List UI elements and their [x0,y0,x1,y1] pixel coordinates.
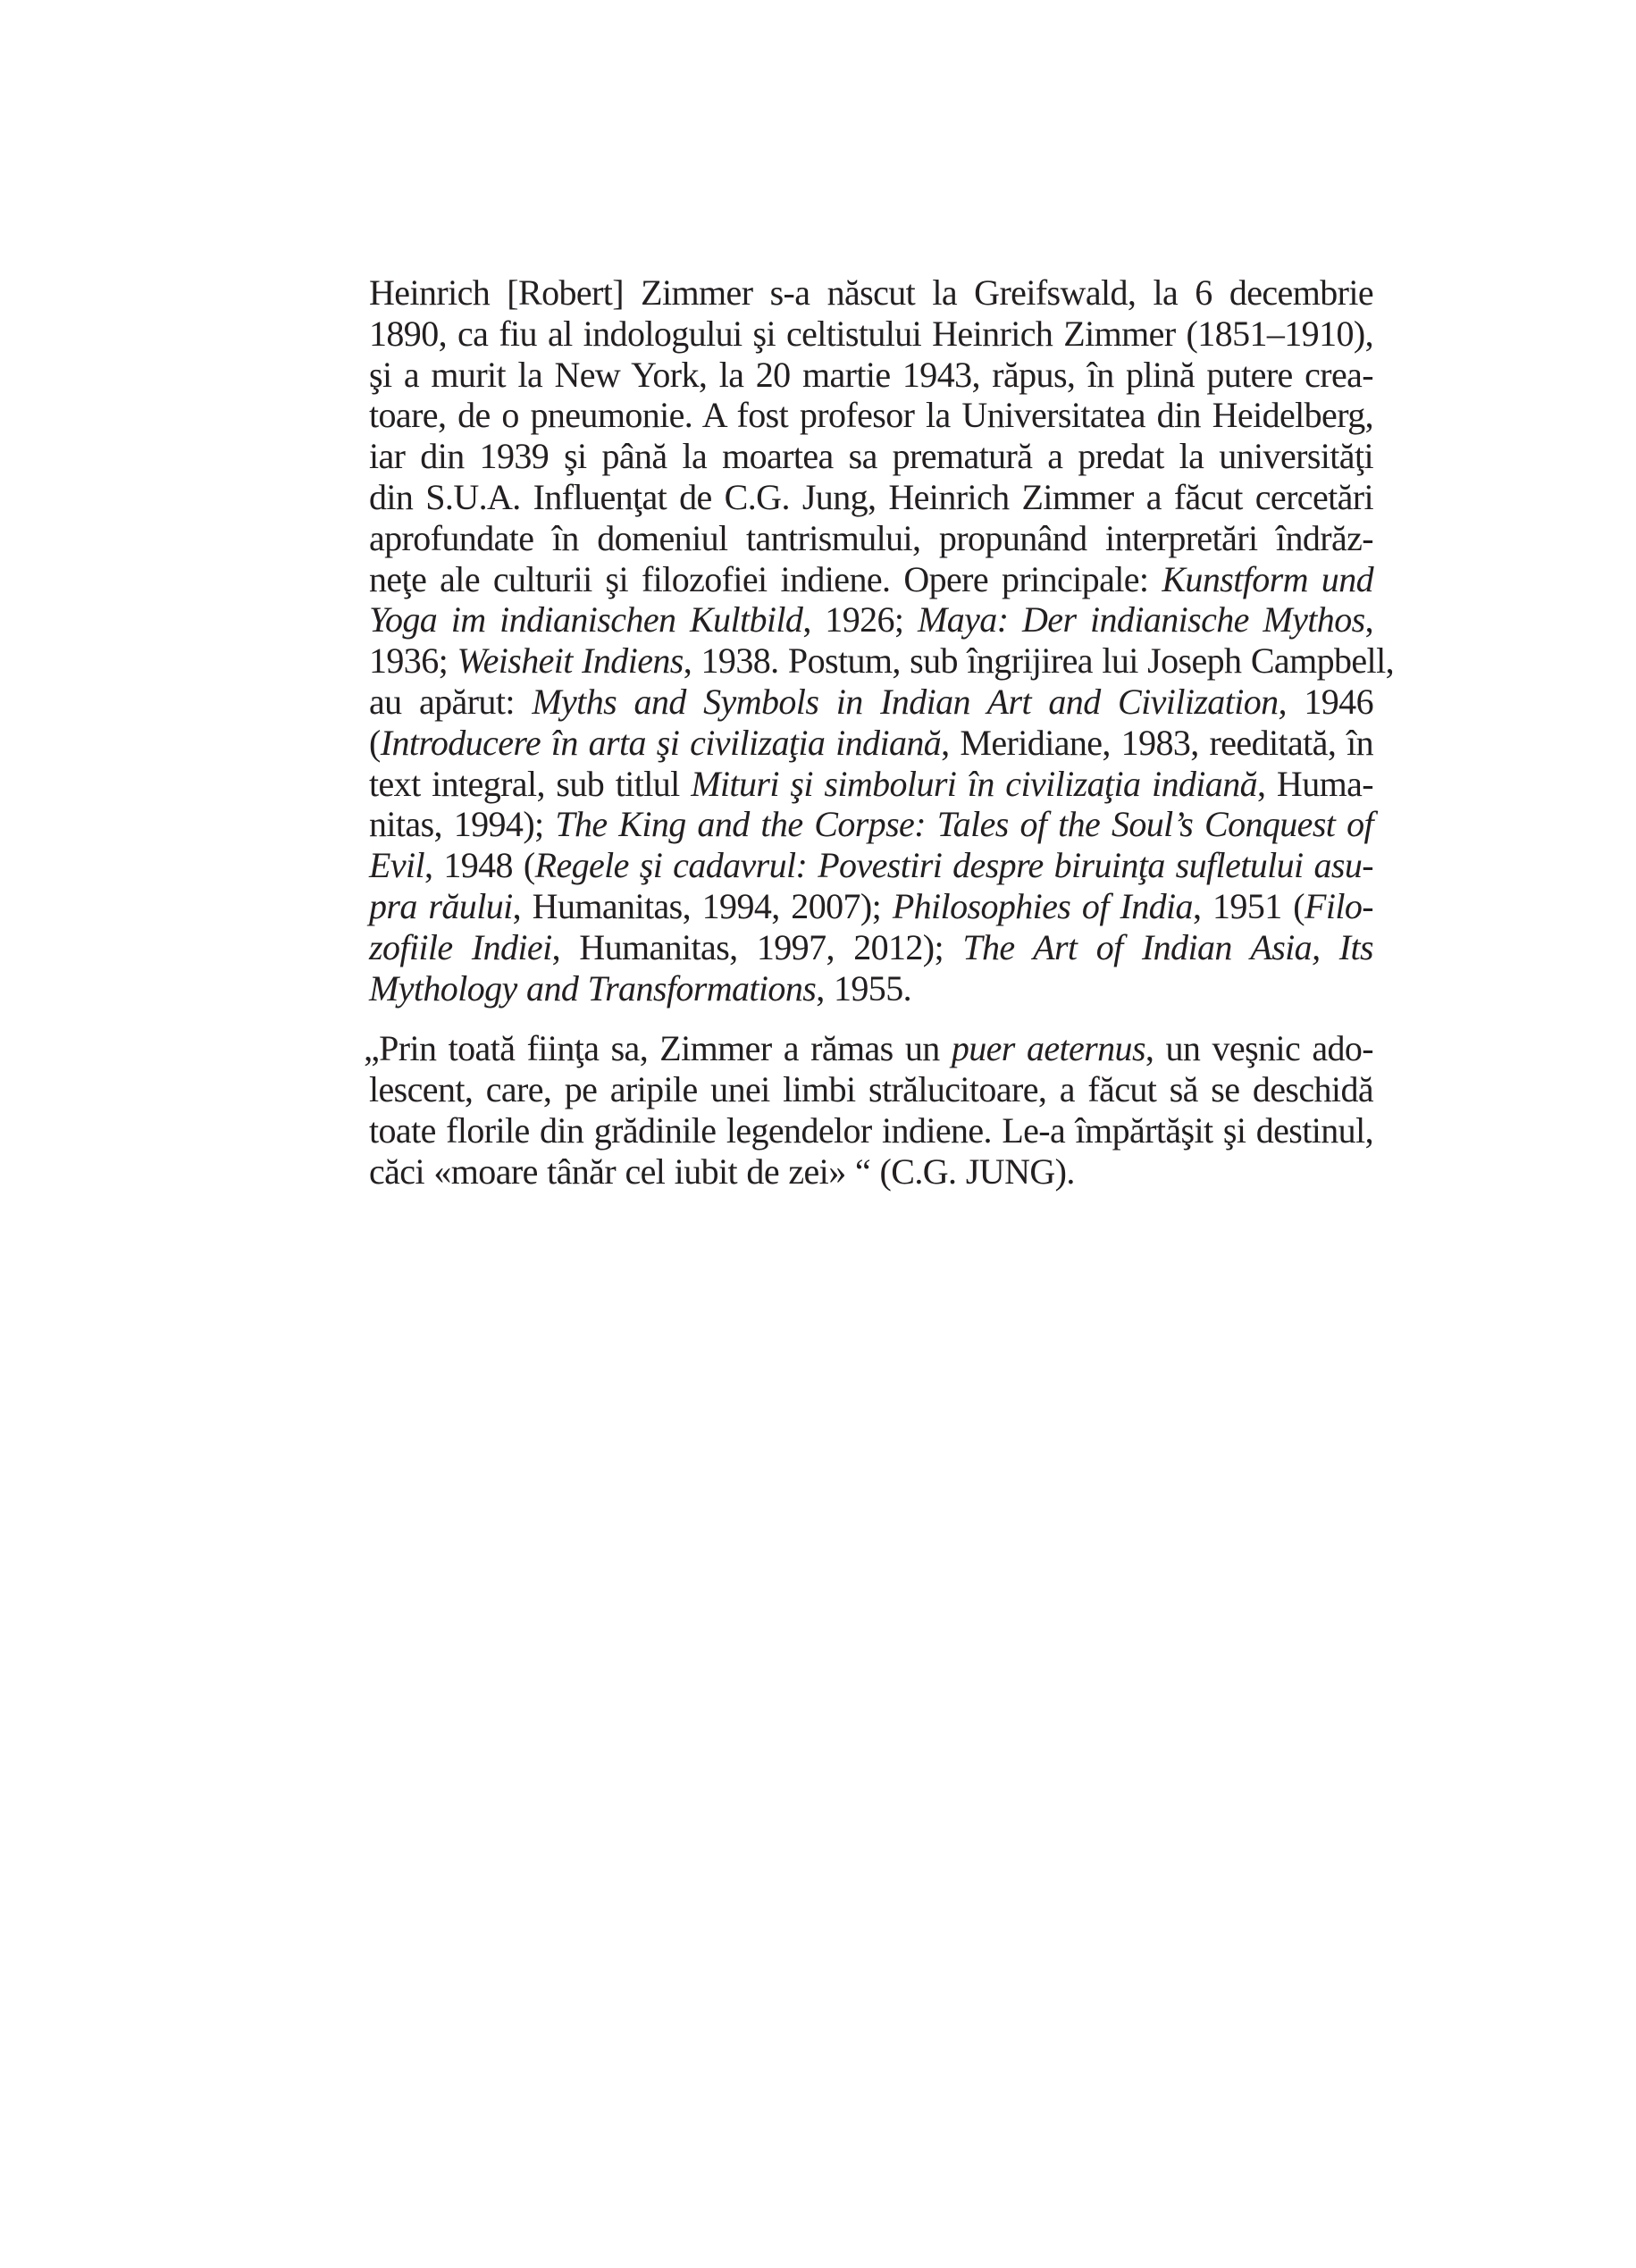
italic-title-text: The King and the Corpse: Tales of the So… [555,804,1373,844]
body-text: neţe ale culturii şi filozofiei indiene.… [369,559,1162,599]
text-line: (Introducere în arta şi civilizaţia indi… [369,723,1373,764]
body-text: toate florile din grădinile legendelor i… [369,1110,1373,1151]
italic-title-text: Mituri şi simboluri în civilizaţia india… [691,764,1257,804]
italic-title-text: The Art of Indian Asia, Its [962,927,1373,967]
biography-paragraph: Heinrich [Robert] Zimmer s-a născut la G… [369,272,1373,1008]
italic-title-text: Maya: Der indianische Mythos [918,599,1365,640]
body-text: , [1365,599,1373,640]
body-text: toare, de o pneumonie. A fost profesor l… [369,395,1373,435]
text-line: 1936; Weisheit Indiens, 1938. Postum, su… [369,640,1373,682]
body-text: aprofundate în domeniul tantrismului, pr… [369,518,1373,558]
text-line: text integral, sub titlul Mituri şi simb… [369,764,1373,805]
text-line: din S.U.A. Influenţat de C.G. Jung, Hein… [369,477,1373,518]
jung-quote-paragraph: „Prin toată fiinţa sa, Zimmer a rămas un… [369,1028,1373,1192]
text-line: pra răului, Humanitas, 1994, 2007); Phil… [369,886,1373,927]
body-text: , 1926; [802,599,918,640]
italic-title-text: Philosophies of India [893,886,1193,926]
body-text: lescent, care, pe aripile unei limbi str… [369,1069,1373,1109]
text-line: zofiile Indiei, Humanitas, 1997, 2012); … [369,927,1373,968]
text-line: Evil, 1948 (Regele şi cadavrul: Povestir… [369,845,1373,886]
italic-title-text: puer aeternus [952,1028,1145,1068]
body-text: iar din 1939 şi până la moartea sa prema… [369,436,1373,476]
italic-title-text: Introducere în arta şi civilizaţia india… [381,723,941,763]
body-text: , 1938. Postum, sub îngrijirea lui Josep… [684,640,1394,681]
body-text: ( [369,723,381,763]
body-text: , un veşnic ado- [1145,1028,1373,1068]
text-line: şi a murit la New York, la 20 martie 194… [369,355,1373,396]
text-line: toare, de o pneumonie. A fost profesor l… [369,395,1373,436]
italic-title-text: Weisheit Indiens [457,640,684,681]
text-line: nitas, 1994); The King and the Corpse: T… [369,804,1373,845]
italic-title-text: Mythology and Transformations [369,968,816,1008]
body-text: , Meridiane, 1983, reeditată, în [941,723,1373,763]
text-line: iar din 1939 şi până la moartea sa prema… [369,436,1373,477]
body-text: 1936; [369,640,457,681]
body-text: , Huma- [1257,764,1373,804]
body-text: căci «moare tânăr cel iubit de zei» “ (C… [369,1151,1075,1192]
body-text: din S.U.A. Influenţat de C.G. Jung, Hein… [369,477,1373,517]
body-text: , Humanitas, 1994, 2007); [513,886,893,926]
text-line: 1890, ca fiu al indologului şi celtistul… [369,314,1373,355]
text-line: lescent, care, pe aripile unei limbi str… [369,1069,1373,1110]
italic-title-text: Evil [369,845,424,885]
italic-title-text: Regele şi cadavrul: Povestiri despre bir… [535,845,1373,885]
body-text: 1946 [1287,682,1373,722]
body-text: nitas, 1994); [369,804,555,844]
body-text: , 1951 ( [1193,886,1305,926]
text-line: neţe ale culturii şi filozofiei indiene.… [369,559,1373,600]
body-text: Heinrich [Robert] Zimmer s-a născut la G… [369,272,1373,313]
text-line: „Prin toată fiinţa sa, Zimmer a rămas un… [364,1028,1373,1069]
italic-title-text: Yoga im indianischen Kultbild [369,599,802,640]
body-text: text integral, sub titlul [369,764,691,804]
body-text: „Prin toată fiinţa sa, Zimmer a rămas un [364,1028,952,1068]
text-line: Heinrich [Robert] Zimmer s-a născut la G… [369,272,1373,314]
body-text: 1890, ca fiu al indologului şi celtistul… [369,314,1373,354]
italic-title-text: pra răului [369,886,513,926]
text-column: Heinrich [Robert] Zimmer s-a născut la G… [369,272,1373,1193]
text-line: căci «moare tânăr cel iubit de zei» “ (C… [369,1151,1373,1193]
text-line: au apărut: Myths and Symbols in Indian A… [369,682,1373,723]
text-line: Yoga im indianischen Kultbild, 1926; May… [369,599,1373,640]
italic-title-text: Myths and Symbols in Indian Art and Civi… [532,682,1287,722]
text-line: Mythology and Transformations, 1955. [369,968,1373,1009]
text-line: toate florile din grădinile legendelor i… [369,1110,1373,1151]
body-text: au apărut: [369,682,532,722]
book-page: Heinrich [Robert] Zimmer s-a născut la G… [0,0,1636,2268]
text-line: aprofundate în domeniul tantrismului, pr… [369,518,1373,559]
body-text: şi a murit la New York, la 20 martie 194… [369,355,1373,395]
italic-title-text: zofiile Indiei [369,927,552,967]
body-text: , 1955. [816,968,911,1008]
body-text: , Humanitas, 1997, 2012); [552,927,963,967]
italic-title-text: Kunstform und [1162,559,1373,599]
italic-title-text: Filo- [1305,886,1373,926]
body-text: , 1948 ( [424,845,535,885]
